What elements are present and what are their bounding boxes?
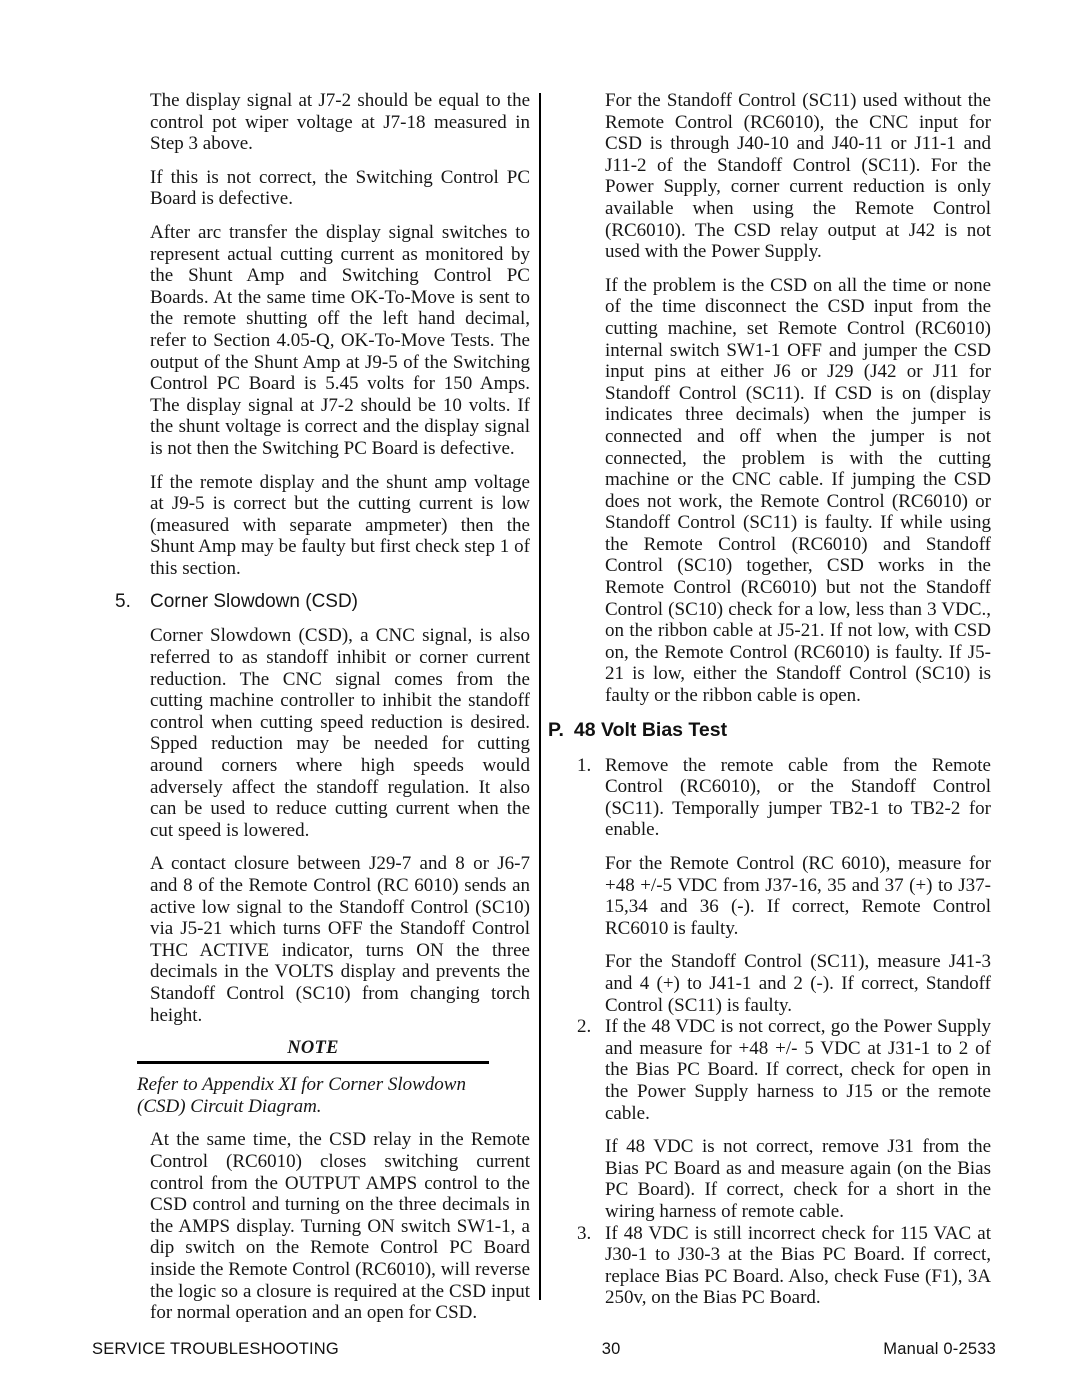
step-sub-paragraph: For the Remote Control (RC 6010), measur… xyxy=(605,853,991,939)
step-number: 1. xyxy=(577,755,591,777)
right-column: For the Standoff Control (SC11) used wit… xyxy=(605,90,991,1309)
item-number: 5. xyxy=(115,591,131,613)
numbered-step: 2. If the 48 VDC is not correct, go the … xyxy=(605,1016,991,1222)
item-label: Corner Slowdown (CSD) xyxy=(150,591,358,612)
section-title: 48 Volt Bias Test xyxy=(574,719,727,741)
body-paragraph: If the problem is the CSD on all the tim… xyxy=(605,275,991,707)
section-item-heading-csd: 5. Corner Slowdown (CSD) xyxy=(150,591,530,613)
footer-section-title: SERVICE TROUBLESHOOTING xyxy=(92,1340,339,1359)
numbered-step: 3. If 48 VDC is still incorrect check fo… xyxy=(605,1223,991,1309)
left-column: The display signal at J7-2 should be equ… xyxy=(150,90,530,1324)
page-footer: SERVICE TROUBLESHOOTING 30 Manual 0-2533 xyxy=(92,1340,996,1359)
step-sub-paragraph: For the Standoff Control (SC11), measure… xyxy=(605,951,991,1016)
manual-page: The display signal at J7-2 should be equ… xyxy=(0,0,1080,1397)
step-text: If the 48 VDC is not correct, go the Pow… xyxy=(605,1016,991,1124)
body-paragraph: After arc transfer the display signal sw… xyxy=(150,222,530,460)
step-text: Remove the remote cable from the Remote … xyxy=(605,755,991,841)
body-paragraph: Corner Slowdown (CSD), a CNC signal, is … xyxy=(150,625,530,841)
body-paragraph: The display signal at J7-2 should be equ… xyxy=(150,90,530,155)
section-letter: P. xyxy=(548,719,564,741)
section-heading-48-volt-bias-test: P.48 Volt Bias Test xyxy=(548,719,991,742)
column-divider-rule xyxy=(539,93,541,1300)
numbered-step: 1. Remove the remote cable from the Remo… xyxy=(605,755,991,1017)
note-block: NOTE Refer to Appendix XI for Corner Slo… xyxy=(137,1038,489,1117)
step-number: 2. xyxy=(577,1016,591,1038)
body-paragraph: At the same time, the CSD relay in the R… xyxy=(150,1129,530,1323)
body-paragraph: If this is not correct, the Switching Co… xyxy=(150,167,530,210)
body-paragraph: A contact closure between J29-7 and 8 or… xyxy=(150,853,530,1026)
body-paragraph: If the remote display and the shunt amp … xyxy=(150,472,530,580)
step-text: If 48 VDC is still incorrect check for 1… xyxy=(605,1223,991,1309)
footer-manual-number: Manual 0-2533 xyxy=(883,1340,996,1359)
step-sub-paragraph: If 48 VDC is not correct, remove J31 fro… xyxy=(605,1136,991,1222)
note-text: Refer to Appendix XI for Corner Slowdown… xyxy=(137,1074,489,1117)
footer-page-number: 30 xyxy=(602,1340,621,1359)
note-rule xyxy=(137,1061,489,1064)
step-number: 3. xyxy=(577,1223,591,1245)
body-paragraph: For the Standoff Control (SC11) used wit… xyxy=(605,90,991,263)
note-title: NOTE xyxy=(137,1038,489,1058)
